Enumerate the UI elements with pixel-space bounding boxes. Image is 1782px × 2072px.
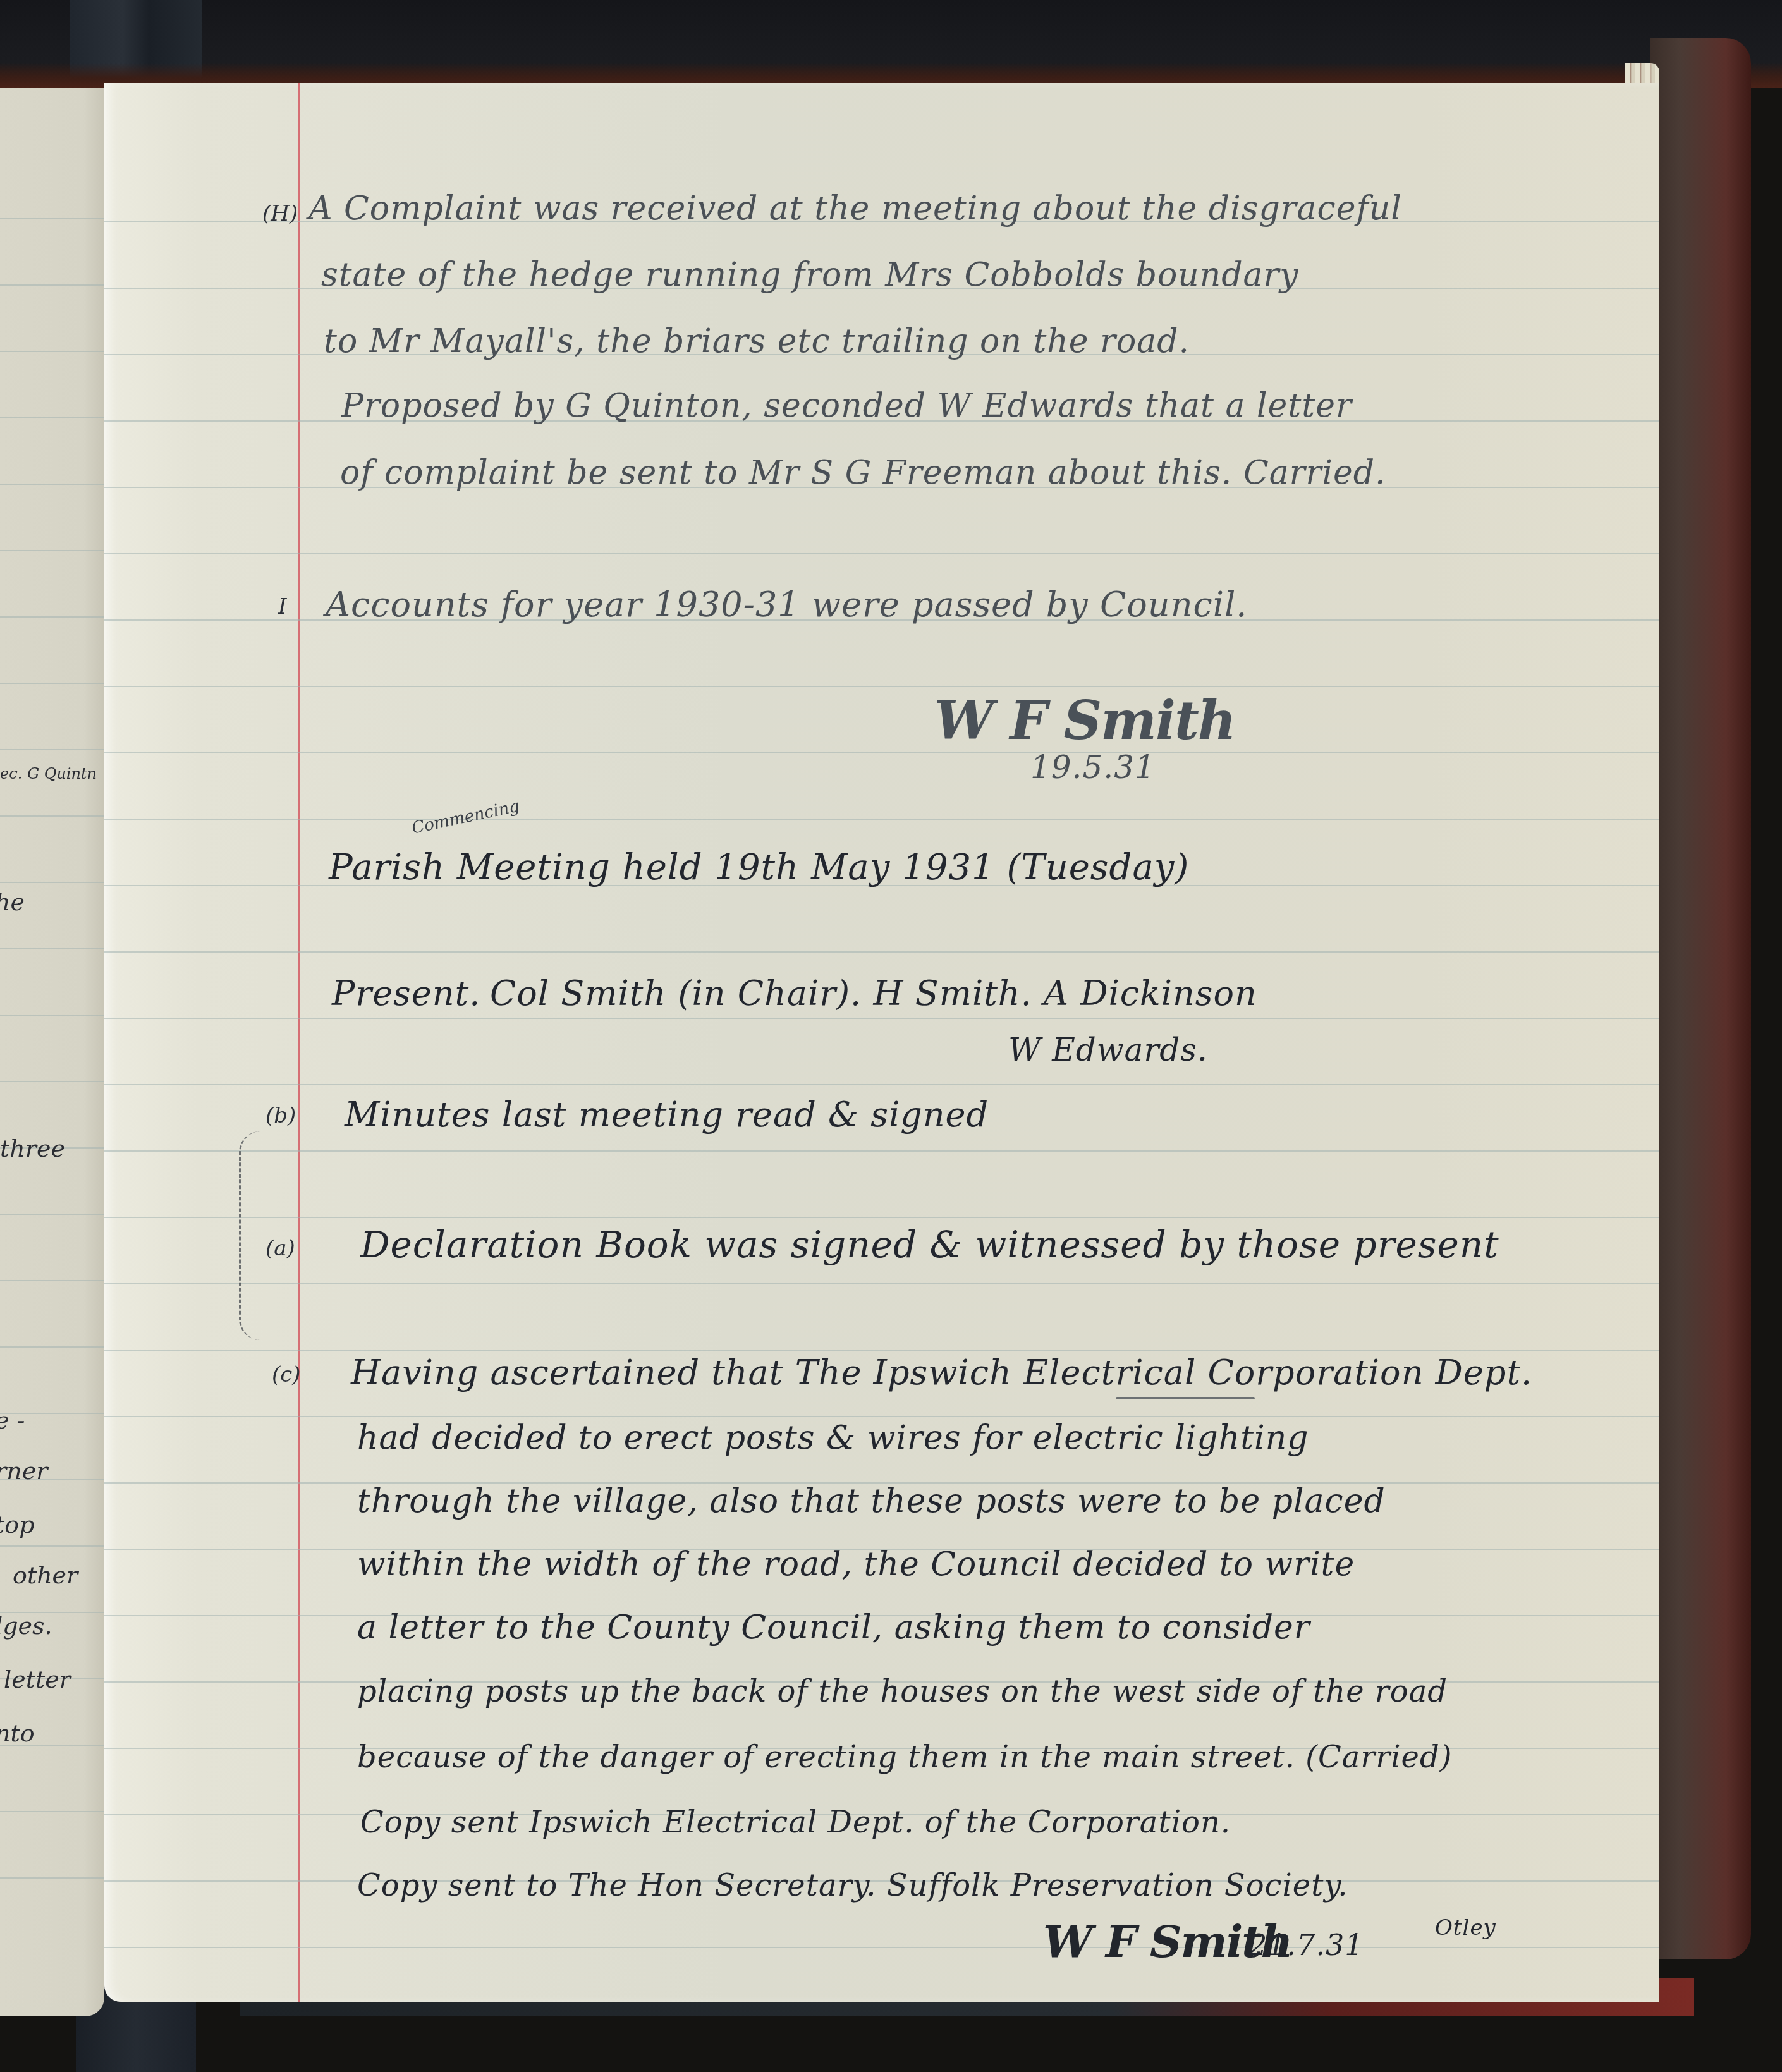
- item-label: (b): [265, 1103, 296, 1128]
- left-page: ec. G Quintn he three e - rner top other…: [0, 88, 104, 2016]
- present-label: Present.: [332, 973, 480, 1013]
- entry-line: Proposed by G Quinton, seconded W Edward…: [341, 387, 1352, 425]
- book-cover-right-edge: [1650, 38, 1751, 1959]
- meeting-title: Parish Meeting held 19th May 1931 (Tuesd…: [329, 847, 1189, 888]
- underline-electrical: [1116, 1397, 1255, 1399]
- left-page-text: top: [0, 1511, 34, 1539]
- right-page: [104, 83, 1659, 2002]
- reorder-bracket: [239, 1131, 260, 1340]
- left-page-text: ec. G Quintn: [0, 765, 97, 783]
- item-line: a letter to the County Council, asking t…: [357, 1609, 1310, 1647]
- item-line: through the village, also that these pos…: [357, 1482, 1386, 1520]
- item-line: Having ascertained that The Ipswich Elec…: [351, 1353, 1532, 1393]
- entry-label: (H): [262, 201, 298, 226]
- signature-date: 19.5.31: [1030, 749, 1156, 786]
- item-line: Copy sent to The Hon Secretary. Suffolk …: [357, 1868, 1348, 1903]
- entry-line: A Complaint was received at the meeting …: [308, 190, 1402, 228]
- item-line: Minutes last meeting read & signed: [345, 1095, 989, 1135]
- left-page-text: he: [0, 888, 25, 916]
- left-page-text: lges.: [0, 1612, 52, 1640]
- present-names: Col Smith (in Chair). H Smith. A Dickins…: [490, 973, 1257, 1013]
- red-margin-line: [298, 83, 300, 2002]
- entry-line: state of the hedge running from Mrs Cobb…: [321, 256, 1299, 294]
- left-page-text: e -: [0, 1406, 25, 1434]
- left-page-text: letter: [4, 1666, 71, 1693]
- item-line: placing posts up the back of the houses …: [357, 1674, 1448, 1709]
- item-line: Declaration Book was signed & witnessed …: [360, 1223, 1499, 1266]
- entry-line: Accounts for year 1930-31 were passed by…: [326, 585, 1247, 625]
- place-note: Otley: [1435, 1915, 1496, 1941]
- present-names-cont: W Edwards.: [1008, 1032, 1208, 1068]
- item-line: Copy sent Ipswich Electrical Dept. of th…: [360, 1805, 1231, 1840]
- left-page-text: rner: [0, 1457, 47, 1485]
- item-line: had decided to erect posts & wires for e…: [357, 1419, 1309, 1457]
- signature: W F Smith: [934, 689, 1235, 752]
- minute-book-scan: ec. G Quintn he three e - rner top other…: [0, 0, 1782, 2072]
- entry-line: to Mr Mayall's, the briars etc trailing …: [324, 322, 1190, 360]
- entry-label: I: [278, 594, 286, 619]
- left-page-text: three: [0, 1135, 65, 1162]
- item-line: within the width of the road, the Counci…: [357, 1545, 1355, 1583]
- item-line: because of the danger of erecting them i…: [357, 1740, 1452, 1775]
- left-page-text: nto: [0, 1719, 35, 1747]
- item-label: (a): [265, 1236, 295, 1261]
- signature-date: 21.7.31: [1248, 1928, 1364, 1962]
- item-label: (c): [272, 1362, 301, 1387]
- entry-line: of complaint be sent to Mr S G Freeman a…: [340, 454, 1386, 492]
- left-page-text: other: [13, 1561, 78, 1589]
